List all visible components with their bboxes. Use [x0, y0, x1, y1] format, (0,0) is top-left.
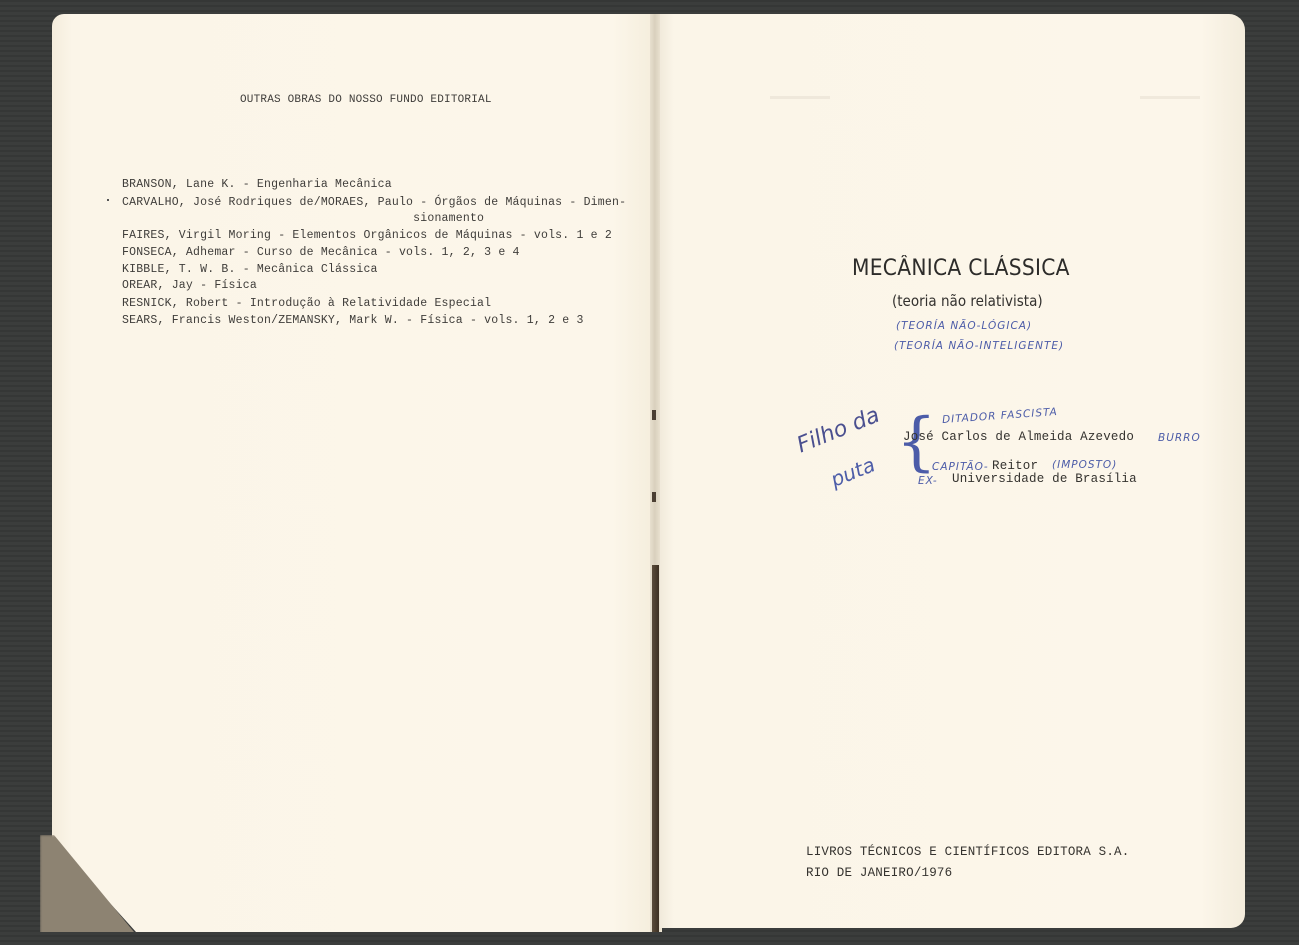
list-item: OREAR, Jay - Física [122, 277, 257, 294]
left-page-heading: OUTRAS OBRAS DO NOSSO FUNDO EDITORIAL [240, 94, 492, 106]
list-item: FAIRES, Virgil Moring - Elementos Orgâni… [122, 227, 612, 244]
handwritten-note-after-role: (IMPOSTO) [1052, 459, 1117, 471]
list-item: BRANSON, Lane K. - Engenharia Mecânica [122, 176, 392, 193]
publication-place-year: RIO DE JANEIRO/1976 [806, 866, 952, 880]
handwritten-note-after-author: BURRO [1158, 432, 1201, 444]
author-role: Reitor [992, 459, 1038, 473]
list-item: FONSECA, Adhemar - Curso de Mecânica - v… [122, 244, 520, 261]
left-page [52, 14, 652, 932]
list-item-continuation: sionamento [122, 210, 484, 227]
list-item: CARVALHO, José Rodriques de/MORAES, Paul… [122, 194, 626, 211]
handwritten-note-subtitle-2: (TEORÍA NÃO-INTELIGENTE) [894, 340, 1064, 352]
list-item: RESNICK, Robert - Introdução à Relativid… [122, 295, 491, 312]
ink-speck [107, 199, 109, 201]
bleed-through [770, 96, 830, 99]
list-item: SEARS, Francis Weston/ZEMANSKY, Mark W. … [122, 312, 584, 329]
author-name: José Carlos de Almeida Azevedo [903, 430, 1134, 444]
staple-mark [652, 492, 656, 502]
bleed-through [1140, 96, 1200, 99]
publisher-name: LIVROS TÉCNICOS E CIENTÍFICOS EDITORA S.… [806, 845, 1129, 859]
list-item: KIBBLE, T. W. B. - Mecânica Clássica [122, 261, 378, 278]
spine-gap [652, 565, 659, 932]
handwritten-note-before-institution: EX- [918, 475, 938, 487]
book-title: MECÂNICA CLÁSSICA [852, 256, 1070, 281]
handwritten-note-subtitle-1: (TEORÍA NÃO-LÓGICA) [896, 320, 1032, 332]
book-subtitle: (teoria não relativista) [892, 292, 1043, 310]
staple-mark [652, 410, 656, 420]
author-institution: Universidade de Brasília [952, 472, 1137, 486]
